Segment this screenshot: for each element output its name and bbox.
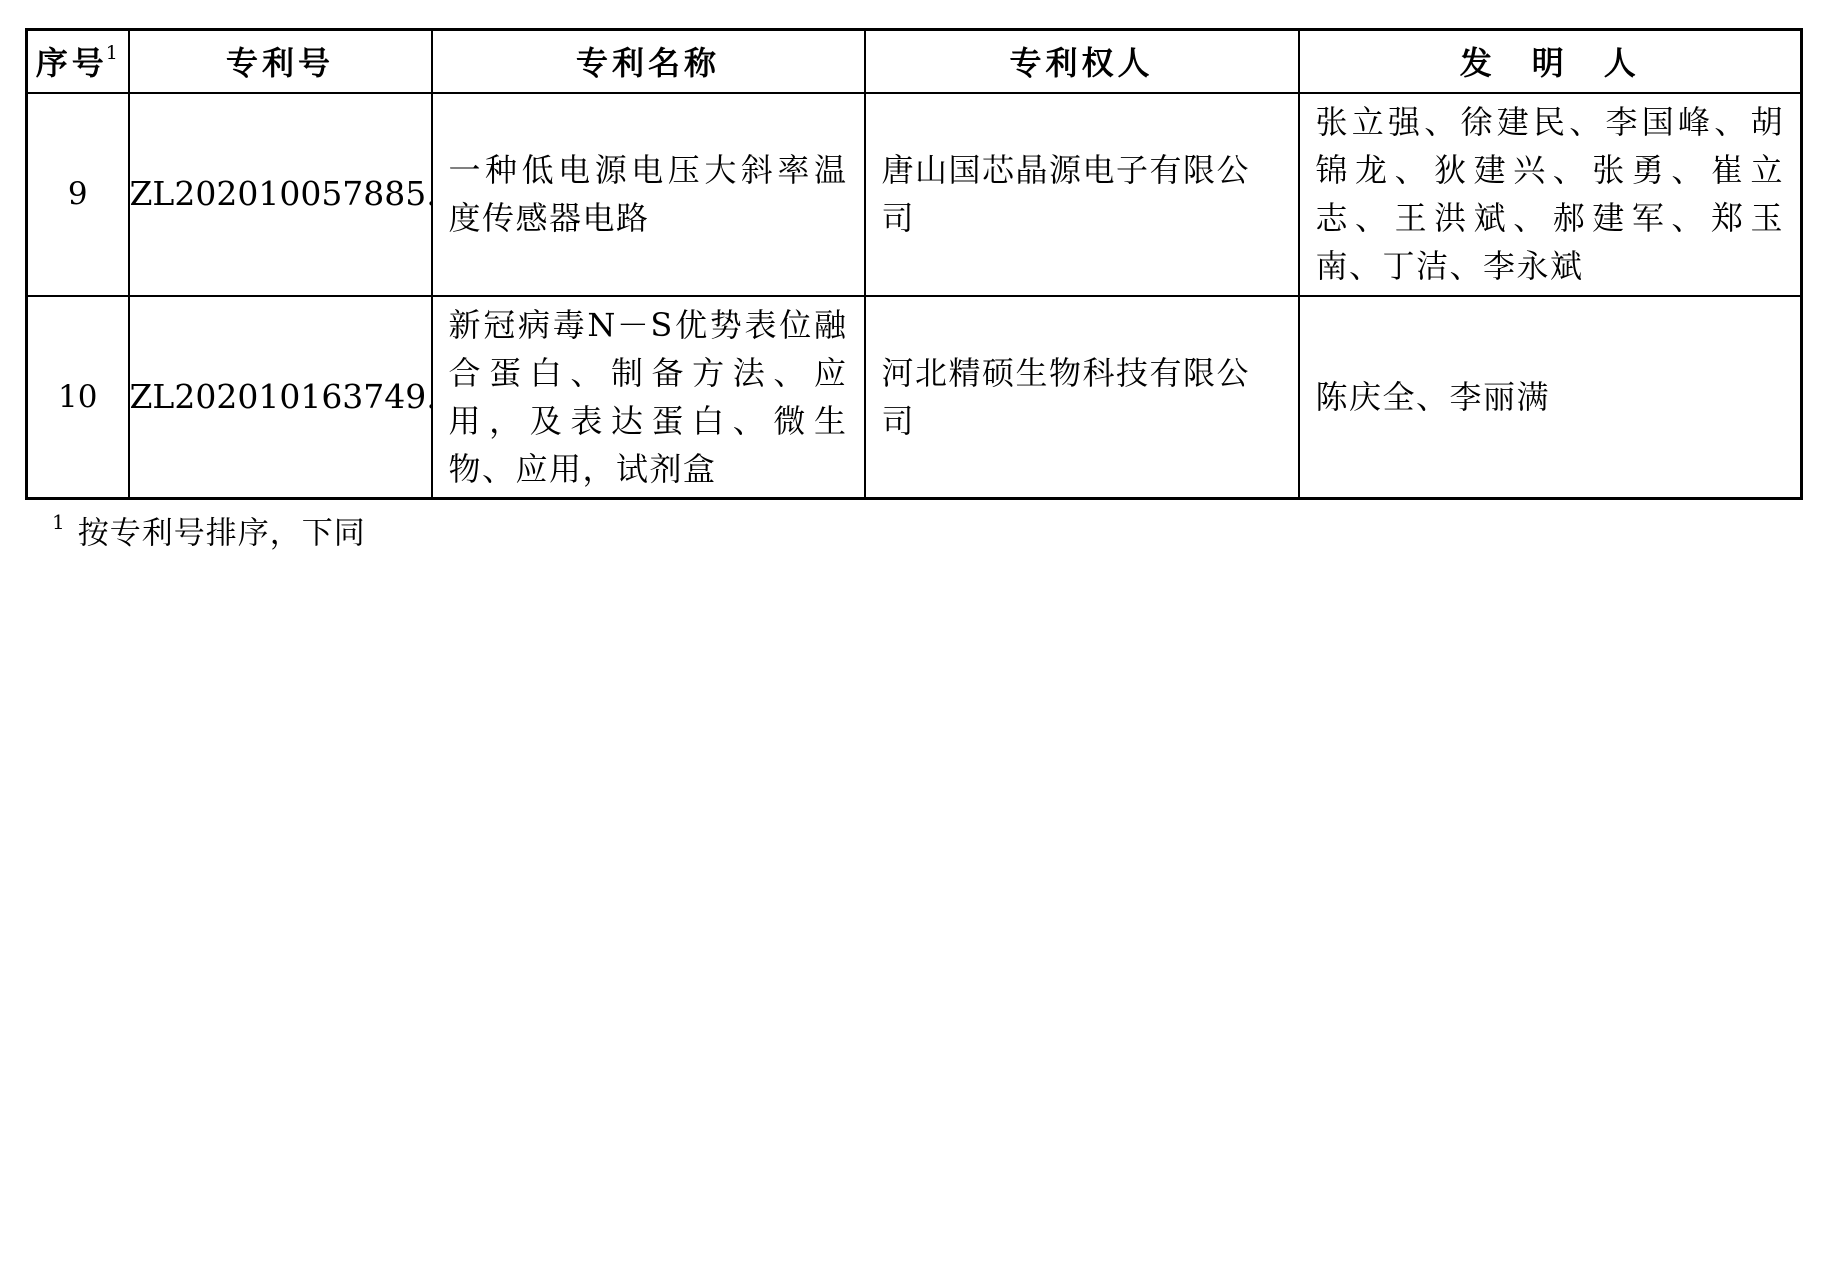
table-row: 10 ZL202010163749.3 新冠病毒N－S优势表位融合蛋白、制备方法… <box>27 296 1802 499</box>
footnote-marker: 1 <box>52 510 66 534</box>
cell-patent-no: ZL202010163749.3 <box>129 296 432 499</box>
footnote-text: 按专利号排序，下同 <box>78 515 366 551</box>
footnote: 1按专利号排序，下同 <box>52 502 366 556</box>
patent-table: 序号1 专利号 专利名称 专利权人 发 明 人 9 ZL202010057885… <box>25 28 1803 500</box>
col-header-patent-no: 专利号 <box>129 30 432 93</box>
cell-index: 10 <box>27 296 129 499</box>
cell-patent-no: ZL202010057885.4 <box>129 93 432 296</box>
cell-patent-name: 一种低电源电压大斜率温度传感器电路 <box>432 93 865 296</box>
header-row: 序号1 专利号 专利名称 专利权人 发 明 人 <box>27 30 1802 93</box>
col-header-patent-name: 专利名称 <box>432 30 865 93</box>
col-header-inventors: 发 明 人 <box>1299 30 1802 93</box>
col-header-index-footnote-marker: 1 <box>106 42 118 64</box>
col-header-patentee: 专利权人 <box>865 30 1299 93</box>
cell-index: 9 <box>27 93 129 296</box>
cell-inventors: 陈庆全、李丽满 <box>1299 296 1802 499</box>
cell-patent-name: 新冠病毒N－S优势表位融合蛋白、制备方法、应用，及表达蛋白、微生物、应用，试剂盒 <box>432 296 865 499</box>
cell-patentee: 河北精硕生物科技有限公司 <box>865 296 1299 499</box>
table-row: 9 ZL202010057885.4 一种低电源电压大斜率温度传感器电路 唐山国… <box>27 93 1802 296</box>
cell-patentee: 唐山国芯晶源电子有限公司 <box>865 93 1299 296</box>
col-header-index: 序号1 <box>27 30 129 93</box>
document-page: 序号1 专利号 专利名称 专利权人 发 明 人 9 ZL202010057885… <box>0 0 1826 1267</box>
col-header-index-label: 序号 <box>36 44 108 82</box>
cell-inventors: 张立强、徐建民、李国峰、胡锦龙、狄建兴、张勇、崔立志、王洪斌、郝建军、郑玉南、丁… <box>1299 93 1802 296</box>
